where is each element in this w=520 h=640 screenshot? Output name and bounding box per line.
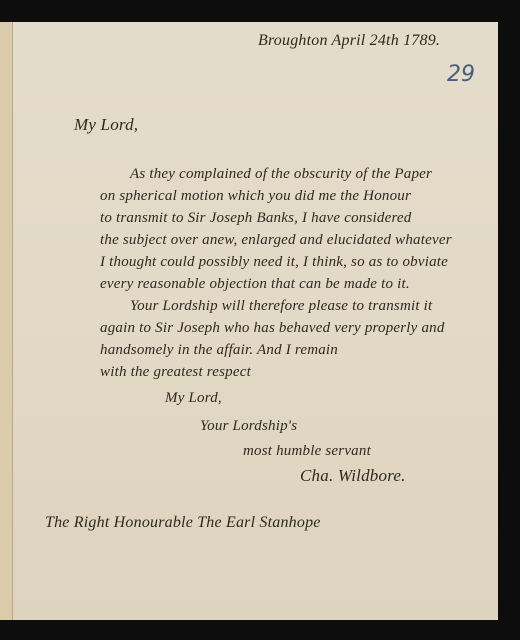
folio-number: 29 [447, 62, 475, 87]
place-date: Broughton April 24th 1789. [258, 32, 440, 50]
body-line: Your Lordship will therefore please to t… [130, 298, 432, 315]
body-line: to transmit to Sir Joseph Banks, I have … [100, 210, 411, 227]
body-line: the subject over anew, enlarged and eluc… [100, 232, 452, 249]
body-line: every reasonable objection that can be m… [100, 276, 410, 293]
body-line: again to Sir Joseph who has behaved very… [100, 320, 445, 337]
body-line: I thought could possibly need it, I thin… [100, 254, 448, 271]
closing-servant: most humble servant [243, 443, 371, 460]
body-line: on spherical motion which you did me the… [100, 188, 411, 205]
body-line: with the greatest respect [100, 364, 251, 381]
closing-your-lordships: Your Lordship's [200, 418, 297, 435]
body-line: As they complained of the obscurity of t… [130, 166, 432, 183]
addressee: The Right Honourable The Earl Stanhope [45, 514, 321, 532]
closing-my-lord: My Lord, [165, 390, 222, 407]
signature: Cha. Wildbore. [300, 466, 406, 486]
salutation: My Lord, [74, 115, 138, 135]
body-line: handsomely in the affair. And I remain [100, 342, 338, 359]
binding-strip [0, 22, 13, 620]
